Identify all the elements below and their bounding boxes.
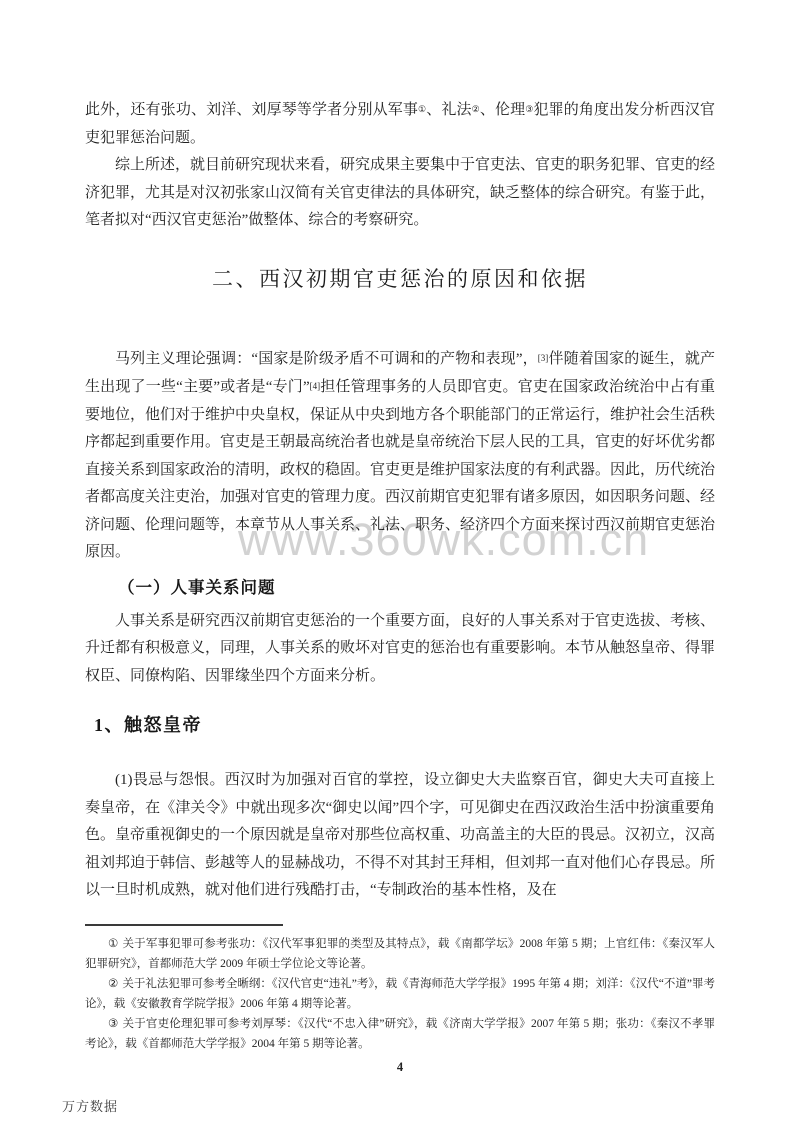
- footnote-1-text: 关于军事犯罪可参考张功：《汉代军事犯罪的类型及其特点》，载《南都学坛》2008 …: [85, 938, 715, 970]
- paragraph-subsection-body: (1)畏忌与怨恨。西汉时为加强对百官的掌控，设立御史大夫监察百官，御史大夫可直接…: [85, 767, 715, 905]
- section-heading: （一）人事关系问题: [85, 574, 715, 598]
- footnote-3-marker: ③: [108, 1018, 119, 1030]
- paragraph-research-summary: 综上所述，就目前研究现状来看，研究成果主要集中于官吏法、官吏的职务犯罪、官吏的经…: [85, 152, 715, 235]
- footnote-1: ①关于军事犯罪可参考张功：《汉代军事犯罪的类型及其特点》，载《南都学坛》2008…: [85, 934, 715, 974]
- footnotes: ①关于军事犯罪可参考张功：《汉代军事犯罪的类型及其特点》，载《南都学坛》2008…: [85, 934, 715, 1054]
- footnote-separator: [85, 924, 283, 926]
- footnote-2-marker: ②: [108, 978, 118, 990]
- paragraph-intro-continuation: 此外，还有张功、刘洋、刘厚琴等学者分别从军事①、礼法②、伦理③犯罪的角度出发分析…: [85, 96, 715, 152]
- footnote-2-text: 关于礼法犯罪可参考全晰纲：《汉代官吏“违礼”考》，载《青海师范大学学报》1995…: [85, 978, 715, 1010]
- subsection-heading: 1、触怒皇帝: [85, 711, 715, 737]
- footnote-1-marker: ①: [108, 938, 118, 950]
- document-page: www.360wk.com.cn 此外，还有张功、刘洋、刘厚琴等学者分别从军事①…: [0, 0, 800, 1133]
- footnote-3-text: 关于官吏伦理犯罪可参考刘厚琴：《汉代“不忠入律”研究》，载《济南大学学报》200…: [85, 1018, 715, 1050]
- page-number: 4: [0, 1060, 800, 1075]
- wanfang-data-mark: 万方数据: [62, 1096, 118, 1115]
- footnote-2: ②关于礼法犯罪可参考全晰纲：《汉代官吏“违礼”考》，载《青海师范大学学报》199…: [85, 974, 715, 1014]
- paragraph-section-intro: 人事关系是研究西汉前期官吏惩治的一个重要方面，良好的人事关系对于官吏选拔、考核、…: [85, 608, 715, 691]
- page-content: 此外，还有张功、刘洋、刘厚琴等学者分别从军事①、礼法②、伦理③犯罪的角度出发分析…: [0, 0, 800, 1054]
- paragraph-chapter-intro: 马列主义理论强调：“国家是阶级矛盾不可调和的产物和表现”，[3]伴随着国家的诞生…: [85, 345, 715, 567]
- chapter-heading: 二、西汉初期官吏惩治的原因和依据: [85, 263, 715, 293]
- footnote-3: ③关于官吏伦理犯罪可参考刘厚琴：《汉代“不忠入律”研究》，载《济南大学学报》20…: [85, 1014, 715, 1054]
